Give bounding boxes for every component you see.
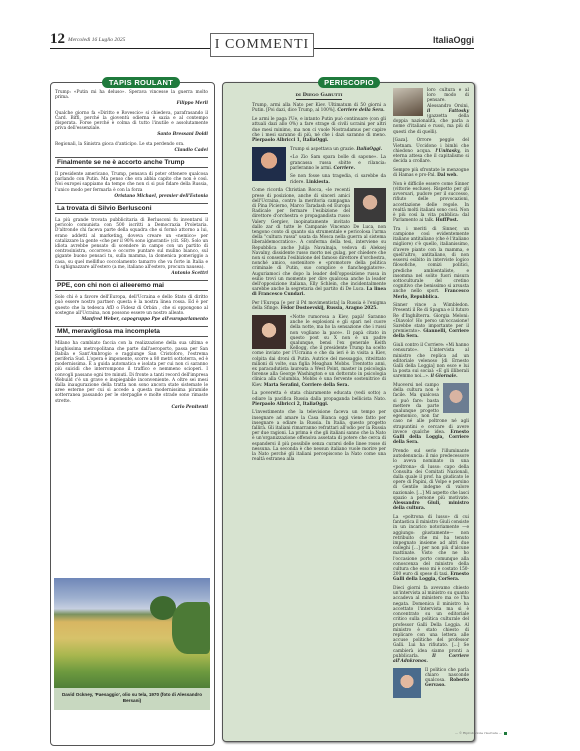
quote-text: Se non fosse una tragedia, ci sarebbe da…: [290, 174, 386, 184]
section-title: I COMMENTI: [210, 33, 314, 57]
quote: Giuli contro il Corriere: «Mi hanno cens…: [393, 343, 469, 379]
quote-text: loro cultura e al loro modo di pensare. …: [427, 88, 469, 109]
quote: Muoversi nel campo della cultura non è f…: [393, 383, 469, 445]
author: Oristano Michael, premier dell'Estonia: [55, 194, 208, 199]
quote-text: La «poltrona di lusso» di cui fantastica…: [393, 515, 469, 577]
quote-source: Pierpaolo Albricci 2, ItaliaOggi.: [252, 402, 328, 407]
quote-text: L'investimento che la televisione faceva…: [252, 410, 386, 462]
section-body: Solo chi è a favore dell'Europa, dell'Uc…: [55, 295, 208, 322]
section-body: Il presidente americano, Trump, pensava …: [55, 172, 208, 199]
quote: Le armi le paga l'Ue, e intanto Putin pu…: [252, 117, 386, 143]
section-text: Milano ha cambiato faccia con la realizz…: [55, 341, 208, 403]
quote: Tra i meriti di Sinner, un campione così…: [393, 227, 469, 300]
quote: «Notte rumorosa a Kiev, papà! Saranno an…: [252, 315, 386, 388]
quote-text: Trump si aspettava un grazie.: [290, 147, 356, 152]
quote-source: Marta Serafini, Corriere della Sera.: [264, 383, 349, 388]
quote-source: Alessandro Giuli, ministro della cultura…: [393, 501, 469, 511]
galli-della-loggia-photo: [443, 383, 469, 413]
quote-text: Tra i meriti di Sinner, un campione così…: [393, 227, 469, 294]
byline: di Diego Gabutti: [252, 93, 386, 98]
author: Antonio Scettri: [55, 271, 208, 276]
section-heading: PPE, con chi non ci alleeremo mai: [55, 280, 208, 291]
quote: Sempre più sfrontate le menzogne di Hama…: [393, 168, 469, 178]
quote: Non è difficile essere come Sinner (vitt…: [393, 182, 469, 224]
periscopio-column-2: loro cultura e al loro modo di pensare. …: [393, 88, 469, 700]
author: Santo Bressani Doldi: [55, 132, 208, 137]
image-caption: David Ockney, 'Paesaggio', olio su tela,…: [54, 688, 210, 710]
periscopio-label: PERISCOPIO: [318, 77, 380, 88]
quote-text: Le armi le paga l'Ue, e intanto Putin pu…: [252, 117, 386, 138]
short-item: Qualche giorno fa «Diritto e Rovescio» s…: [55, 111, 208, 138]
author: Filippo Merli: [55, 101, 208, 106]
quote-text: Dieci giorni fa avevamo chiesto un'inter…: [393, 586, 469, 659]
quote-text: Prendo sul serio l'illuminante autodenun…: [393, 449, 469, 501]
tapis-roulant-column: Trump: «Putin mi ha deluso». Sperava vin…: [55, 90, 208, 414]
brand-logo: ItaliaOggi: [433, 35, 474, 45]
navalnaja-photo: [354, 188, 386, 222]
section-heading: La trovata di Silvio Berlusconi: [55, 203, 208, 214]
quote: Trump, armi alla Nato per Kiev. Ultimatu…: [252, 103, 386, 113]
section-text: Solo chi è a favore dell'Europa, dell'Uc…: [55, 295, 208, 316]
tapis-roulant-label: TAPIS ROULANT: [102, 77, 180, 88]
quote: La «poltrona di lusso» di cui fantastica…: [393, 515, 469, 583]
author: Manfred Weber, capogruppo Ppe all'europa…: [55, 317, 208, 322]
item-text: Regionali, la Sinistra gioca d'anticipo.…: [55, 142, 184, 147]
reproduction-notice: — © Riproduzione riservata —: [455, 731, 507, 735]
section-body: La più grande trovata pubblicitaria di B…: [55, 218, 208, 276]
section-heading: Finalmente se ne è accorto anche Trump: [55, 157, 208, 168]
byline-text: di Diego Gabutti: [296, 92, 343, 100]
quote-source: Dal web.: [437, 173, 458, 178]
page-number: 12: [50, 31, 65, 48]
section-heading: MM, meravigliosa ma incompleta: [55, 326, 208, 337]
quote-source: Fëdor Dostoevskij, Russia, Aragno 2025.: [281, 306, 378, 311]
item-text: Trump: «Putin mi ha deluso». Sperava vin…: [55, 90, 208, 100]
quote: L'investimento che la televisione faceva…: [252, 410, 386, 462]
short-item: Regionali, la Sinistra gioca d'anticipo.…: [55, 142, 208, 153]
item-text: Qualche giorno fa «Diritto e Rovescio» s…: [55, 111, 208, 132]
quote-source: ItaliaOggi.: [356, 147, 382, 152]
section-body: Milano ha cambiato faccia con la realizz…: [55, 341, 208, 410]
putin-photo: [252, 315, 286, 349]
quote: loro cultura e al loro modo di pensare. …: [393, 88, 469, 135]
quote: [Gaza]. Orrore peggio del Vietnam. Uccid…: [393, 138, 469, 164]
quote-source: Pierpaolo Albricci 1, ItaliaOggi.: [252, 138, 328, 143]
short-item: Trump: «Putin mi ha deluso». Sperava vin…: [55, 90, 208, 107]
issue-date: Mercoledì 16 Luglio 2025: [68, 37, 125, 43]
landscape-painting-image: [54, 578, 210, 688]
quote-source: Corriere.: [333, 166, 355, 171]
quote-source: HuffPost.: [436, 218, 459, 223]
quote-source: Corriere della Sera.: [337, 108, 384, 113]
quote: Come ricorda Christian Rocca, «le recent…: [252, 188, 386, 297]
periscopio-column-1: di Diego Gabutti Trump, armi alla Nato p…: [252, 90, 386, 466]
gervaso-photo: [393, 668, 421, 698]
gaza-photo: [393, 88, 423, 116]
section-text: La più grande trovata pubblicitaria di B…: [55, 218, 208, 270]
quote: La poveretta è stata chiaramente educata…: [252, 391, 386, 407]
quote-tail: (gazzetta della doppia nazionalità, che …: [393, 114, 469, 135]
author: Carlo Penitenti: [55, 405, 208, 410]
author: Claudio Cadei: [55, 148, 208, 153]
trump-photo: [252, 147, 286, 181]
quote-text: Non è difficile essere come Sinner (vitt…: [393, 182, 469, 223]
quote: Il politico che parla chiaro nasconde qu…: [393, 668, 469, 689]
quote: Dieci giorni fa avevamo chiesto un'inter…: [393, 586, 469, 664]
quote-text: La poveretta è stata chiaramente educata…: [252, 391, 386, 401]
quote: Sinner vince a Wimbledon. Presenti il Re…: [393, 303, 469, 339]
hedge-shape: [172, 602, 210, 654]
quote-source: Linkiesta.: [306, 180, 330, 185]
section-text: Il presidente americano, Trump, pensava …: [55, 172, 208, 193]
quote-source: il Giornale.: [431, 374, 458, 379]
quote: Per l'Europa [e per il Pd movimentista] …: [252, 301, 386, 311]
quote: Prendo sul serio l'illuminante autodenun…: [393, 449, 469, 511]
